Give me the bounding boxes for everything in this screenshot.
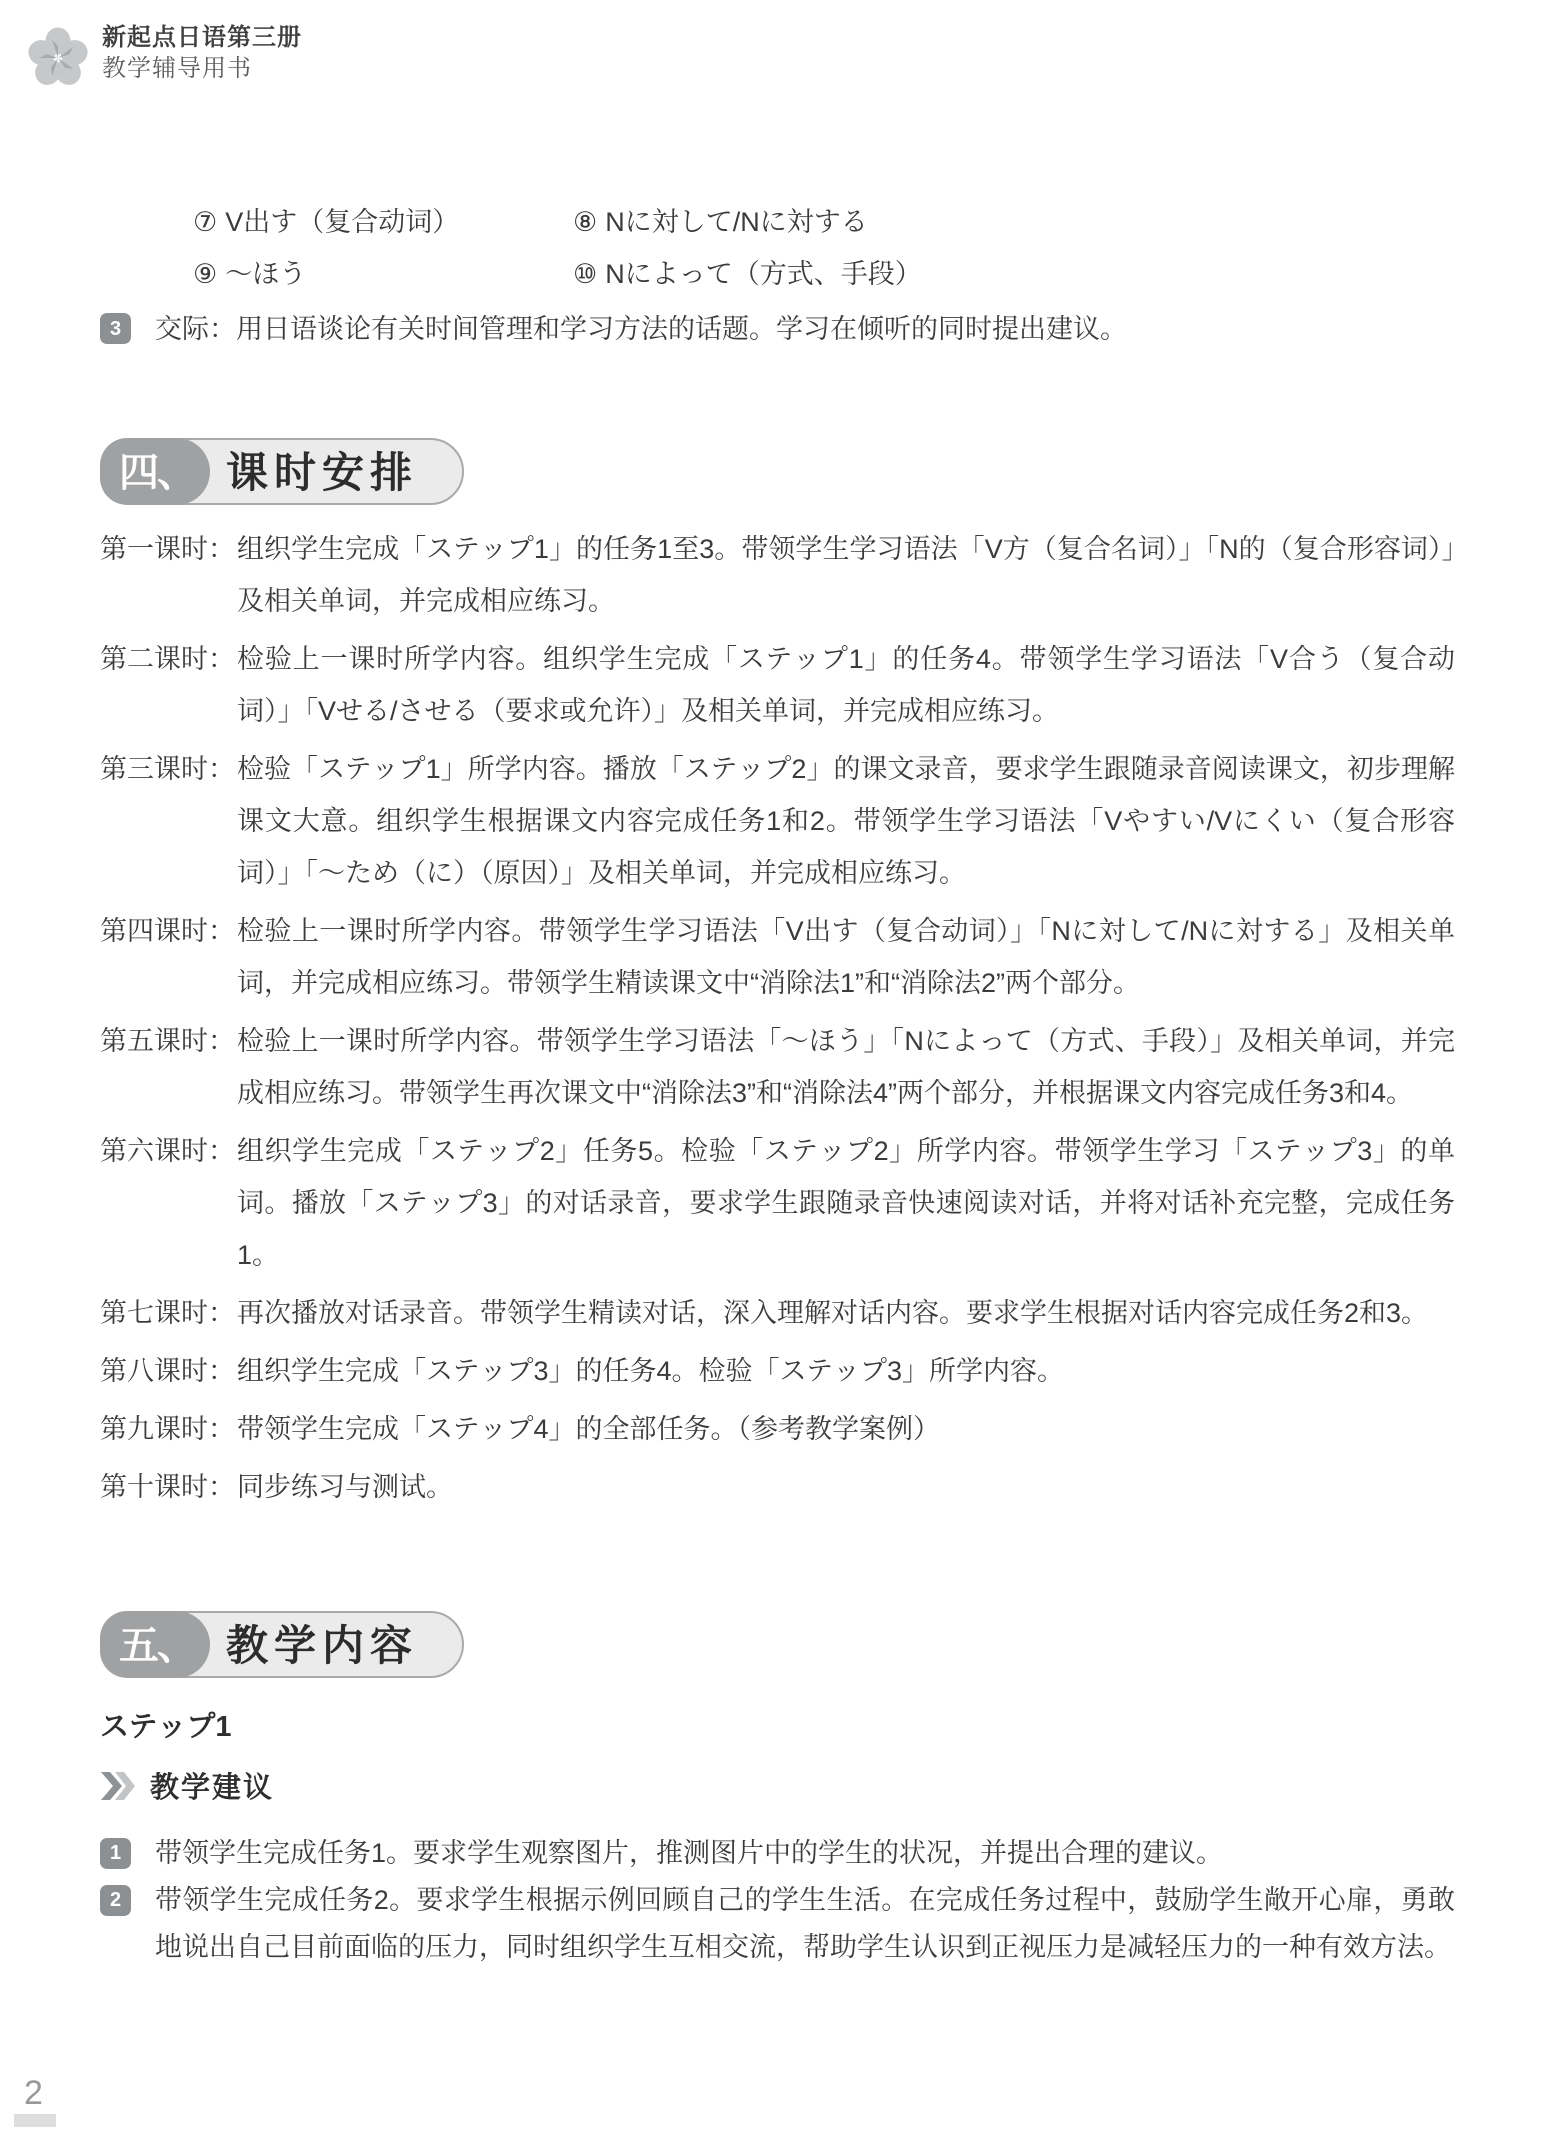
schedule-item-1: 第一课时： 组织学生完成「ステップ1」的任务1至3。带领学生学习语法「V方（复合… — [100, 523, 1455, 627]
footer-decoration-bar — [14, 2114, 56, 2127]
grammar-points-list: ⑦ V出す（复合动词） ⑧ Nに対して/Nに対する ⑨ ～ほう ⑩ Nによって（… — [193, 196, 1455, 300]
schedule-label: 第十课时： — [100, 1461, 237, 1513]
section-header-pill: 四、 课时安排 — [100, 438, 464, 505]
schedule-text: 检验上一课时所学内容。带领学生学习语法「V出す（复合动词）」「Nに対して/Nに対… — [237, 905, 1455, 1009]
schedule-item-9: 第九课时： 带领学生完成「ステップ4」的全部任务。（参考教学案例） — [100, 1403, 1455, 1455]
grammar-row: ⑨ ～ほう ⑩ Nによって（方式、手段） — [193, 248, 1455, 300]
book-header: 新起点日语第三册 教学辅导用书 — [26, 22, 302, 90]
schedule-text: 组织学生完成「ステップ1」的任务1至3。带领学生学习语法「V方（复合名词）」「N… — [237, 523, 1455, 627]
communication-item: 3 交际：用日语谈论有关时间管理和学习方法的话题。学习在倾听的同时提出建议。 — [100, 306, 1455, 352]
schedule-text: 检验上一课时所学内容。组织学生完成「ステップ1」的任务4。带领学生学习语法「V合… — [237, 633, 1455, 737]
number-badge-3: 3 — [100, 313, 131, 344]
communication-text: 交际：用日语谈论有关时间管理和学习方法的话题。学习在倾听的同时提出建议。 — [155, 306, 1127, 352]
section-four-header: 四、 课时安排 — [100, 438, 1455, 505]
book-subtitle: 教学辅导用书 — [102, 53, 302, 84]
book-page: { "header": { "book_title": "新起点日语第三册", … — [0, 0, 1553, 2131]
schedule-item-8: 第八课时： 组织学生完成「ステップ3」的任务4。检验「ステップ3」所学内容。 — [100, 1345, 1455, 1397]
suggestion-text: 带领学生完成任务1。要求学生观察图片，推测图片中的学生的状况，并提出合理的建议。 — [155, 1830, 1455, 1877]
suggestion-item-2: 2 带领学生完成任务2。要求学生根据示例回顾自己的学生生活。在完成任务过程中，鼓… — [100, 1877, 1455, 1971]
section-title: 课时安排 — [226, 440, 418, 504]
schedule-text: 组织学生完成「ステップ2」任务5。检验「ステップ2」所学内容。带领学生学习「ステ… — [237, 1125, 1455, 1281]
flower-logo-icon — [26, 26, 90, 90]
page-number: 2 — [24, 2074, 43, 2113]
schedule-label: 第五课时： — [100, 1015, 237, 1119]
schedule-label: 第六课时： — [100, 1125, 237, 1281]
schedule-text: 带领学生完成「ステップ4」的全部任务。（参考教学案例） — [237, 1403, 1455, 1455]
schedule-item-5: 第五课时： 检验上一课时所学内容。带领学生学习语法「～ほう」「Nによって（方式、… — [100, 1015, 1455, 1119]
grammar-item-7: ⑦ V出す（复合动词） — [193, 196, 573, 248]
section-header-pill: 五、 教学内容 — [100, 1611, 464, 1678]
teaching-advice-heading: 教学建议 — [100, 1765, 1455, 1806]
section-five-header: 五、 教学内容 — [100, 1611, 1455, 1678]
schedule-list: 第一课时： 组织学生完成「ステップ1」的任务1至3。带领学生学习语法「V方（复合… — [100, 523, 1455, 1513]
schedule-label: 第三课时： — [100, 743, 237, 899]
schedule-item-3: 第三课时： 检验「ステップ1」所学内容。播放「ステップ2」的课文录音，要求学生跟… — [100, 743, 1455, 899]
schedule-text: 同步练习与测试。 — [237, 1461, 1455, 1513]
suggestions-list: 1 带领学生完成任务1。要求学生观察图片，推测图片中的学生的状况，并提出合理的建… — [100, 1830, 1455, 1971]
book-header-text: 新起点日语第三册 教学辅导用书 — [102, 22, 302, 84]
step-title: ステップ1 — [100, 1704, 1455, 1745]
schedule-item-6: 第六课时： 组织学生完成「ステップ2」任务5。检验「ステップ2」所学内容。带领学… — [100, 1125, 1455, 1281]
grammar-item-number: ⑧ — [573, 196, 597, 248]
schedule-label: 第二课时： — [100, 633, 237, 737]
schedule-label: 第四课时： — [100, 905, 237, 1009]
schedule-item-2: 第二课时： 检验上一课时所学内容。组织学生完成「ステップ1」的任务4。带领学生学… — [100, 633, 1455, 737]
section-number: 五、 — [100, 1611, 210, 1678]
schedule-text: 检验「ステップ1」所学内容。播放「ステップ2」的课文录音，要求学生跟随录音阅读课… — [237, 743, 1455, 899]
grammar-item-text: V出す（复合动词） — [225, 196, 459, 248]
grammar-item-8: ⑧ Nに対して/Nに対する — [573, 196, 868, 248]
schedule-label: 第七课时： — [100, 1287, 237, 1339]
grammar-item-text: Nによって（方式、手段） — [605, 248, 922, 300]
grammar-item-9: ⑨ ～ほう — [193, 248, 573, 300]
section-title: 教学内容 — [226, 1613, 418, 1677]
schedule-label: 第一课时： — [100, 523, 237, 627]
schedule-item-10: 第十课时： 同步练习与测试。 — [100, 1461, 1455, 1513]
suggestion-item-1: 1 带领学生完成任务1。要求学生观察图片，推测图片中的学生的状况，并提出合理的建… — [100, 1830, 1455, 1877]
number-badge-2: 2 — [100, 1885, 131, 1916]
schedule-text: 组织学生完成「ステップ3」的任务4。检验「ステップ3」所学内容。 — [237, 1345, 1455, 1397]
grammar-row: ⑦ V出す（复合动词） ⑧ Nに対して/Nに対する — [193, 196, 1455, 248]
grammar-item-number: ⑩ — [573, 248, 597, 300]
page-content: ⑦ V出す（复合动词） ⑧ Nに対して/Nに対する ⑨ ～ほう ⑩ Nによって（… — [0, 196, 1553, 1971]
schedule-item-4: 第四课时： 检验上一课时所学内容。带领学生学习语法「V出す（复合动词）」「Nに対… — [100, 905, 1455, 1009]
grammar-item-10: ⑩ Nによって（方式、手段） — [573, 248, 922, 300]
grammar-item-number: ⑨ — [193, 248, 217, 300]
schedule-label: 第八课时： — [100, 1345, 237, 1397]
grammar-item-text: ～ほう — [225, 248, 306, 300]
number-badge-1: 1 — [100, 1838, 131, 1869]
grammar-item-text: Nに対して/Nに対する — [605, 196, 868, 248]
suggestion-text: 带领学生完成任务2。要求学生根据示例回顾自己的学生生活。在完成任务过程中，鼓励学… — [155, 1877, 1455, 1971]
schedule-item-7: 第七课时： 再次播放对话录音。带领学生精读对话，深入理解对话内容。要求学生根据对… — [100, 1287, 1455, 1339]
book-title: 新起点日语第三册 — [102, 22, 302, 53]
double-chevron-icon — [100, 1771, 136, 1801]
teaching-advice-title: 教学建议 — [150, 1765, 274, 1806]
section-number: 四、 — [100, 438, 210, 505]
schedule-text: 再次播放对话录音。带领学生精读对话，深入理解对话内容。要求学生根据对话内容完成任… — [237, 1287, 1455, 1339]
schedule-label: 第九课时： — [100, 1403, 237, 1455]
grammar-item-number: ⑦ — [193, 196, 217, 248]
schedule-text: 检验上一课时所学内容。带领学生学习语法「～ほう」「Nによって（方式、手段）」及相… — [237, 1015, 1455, 1119]
